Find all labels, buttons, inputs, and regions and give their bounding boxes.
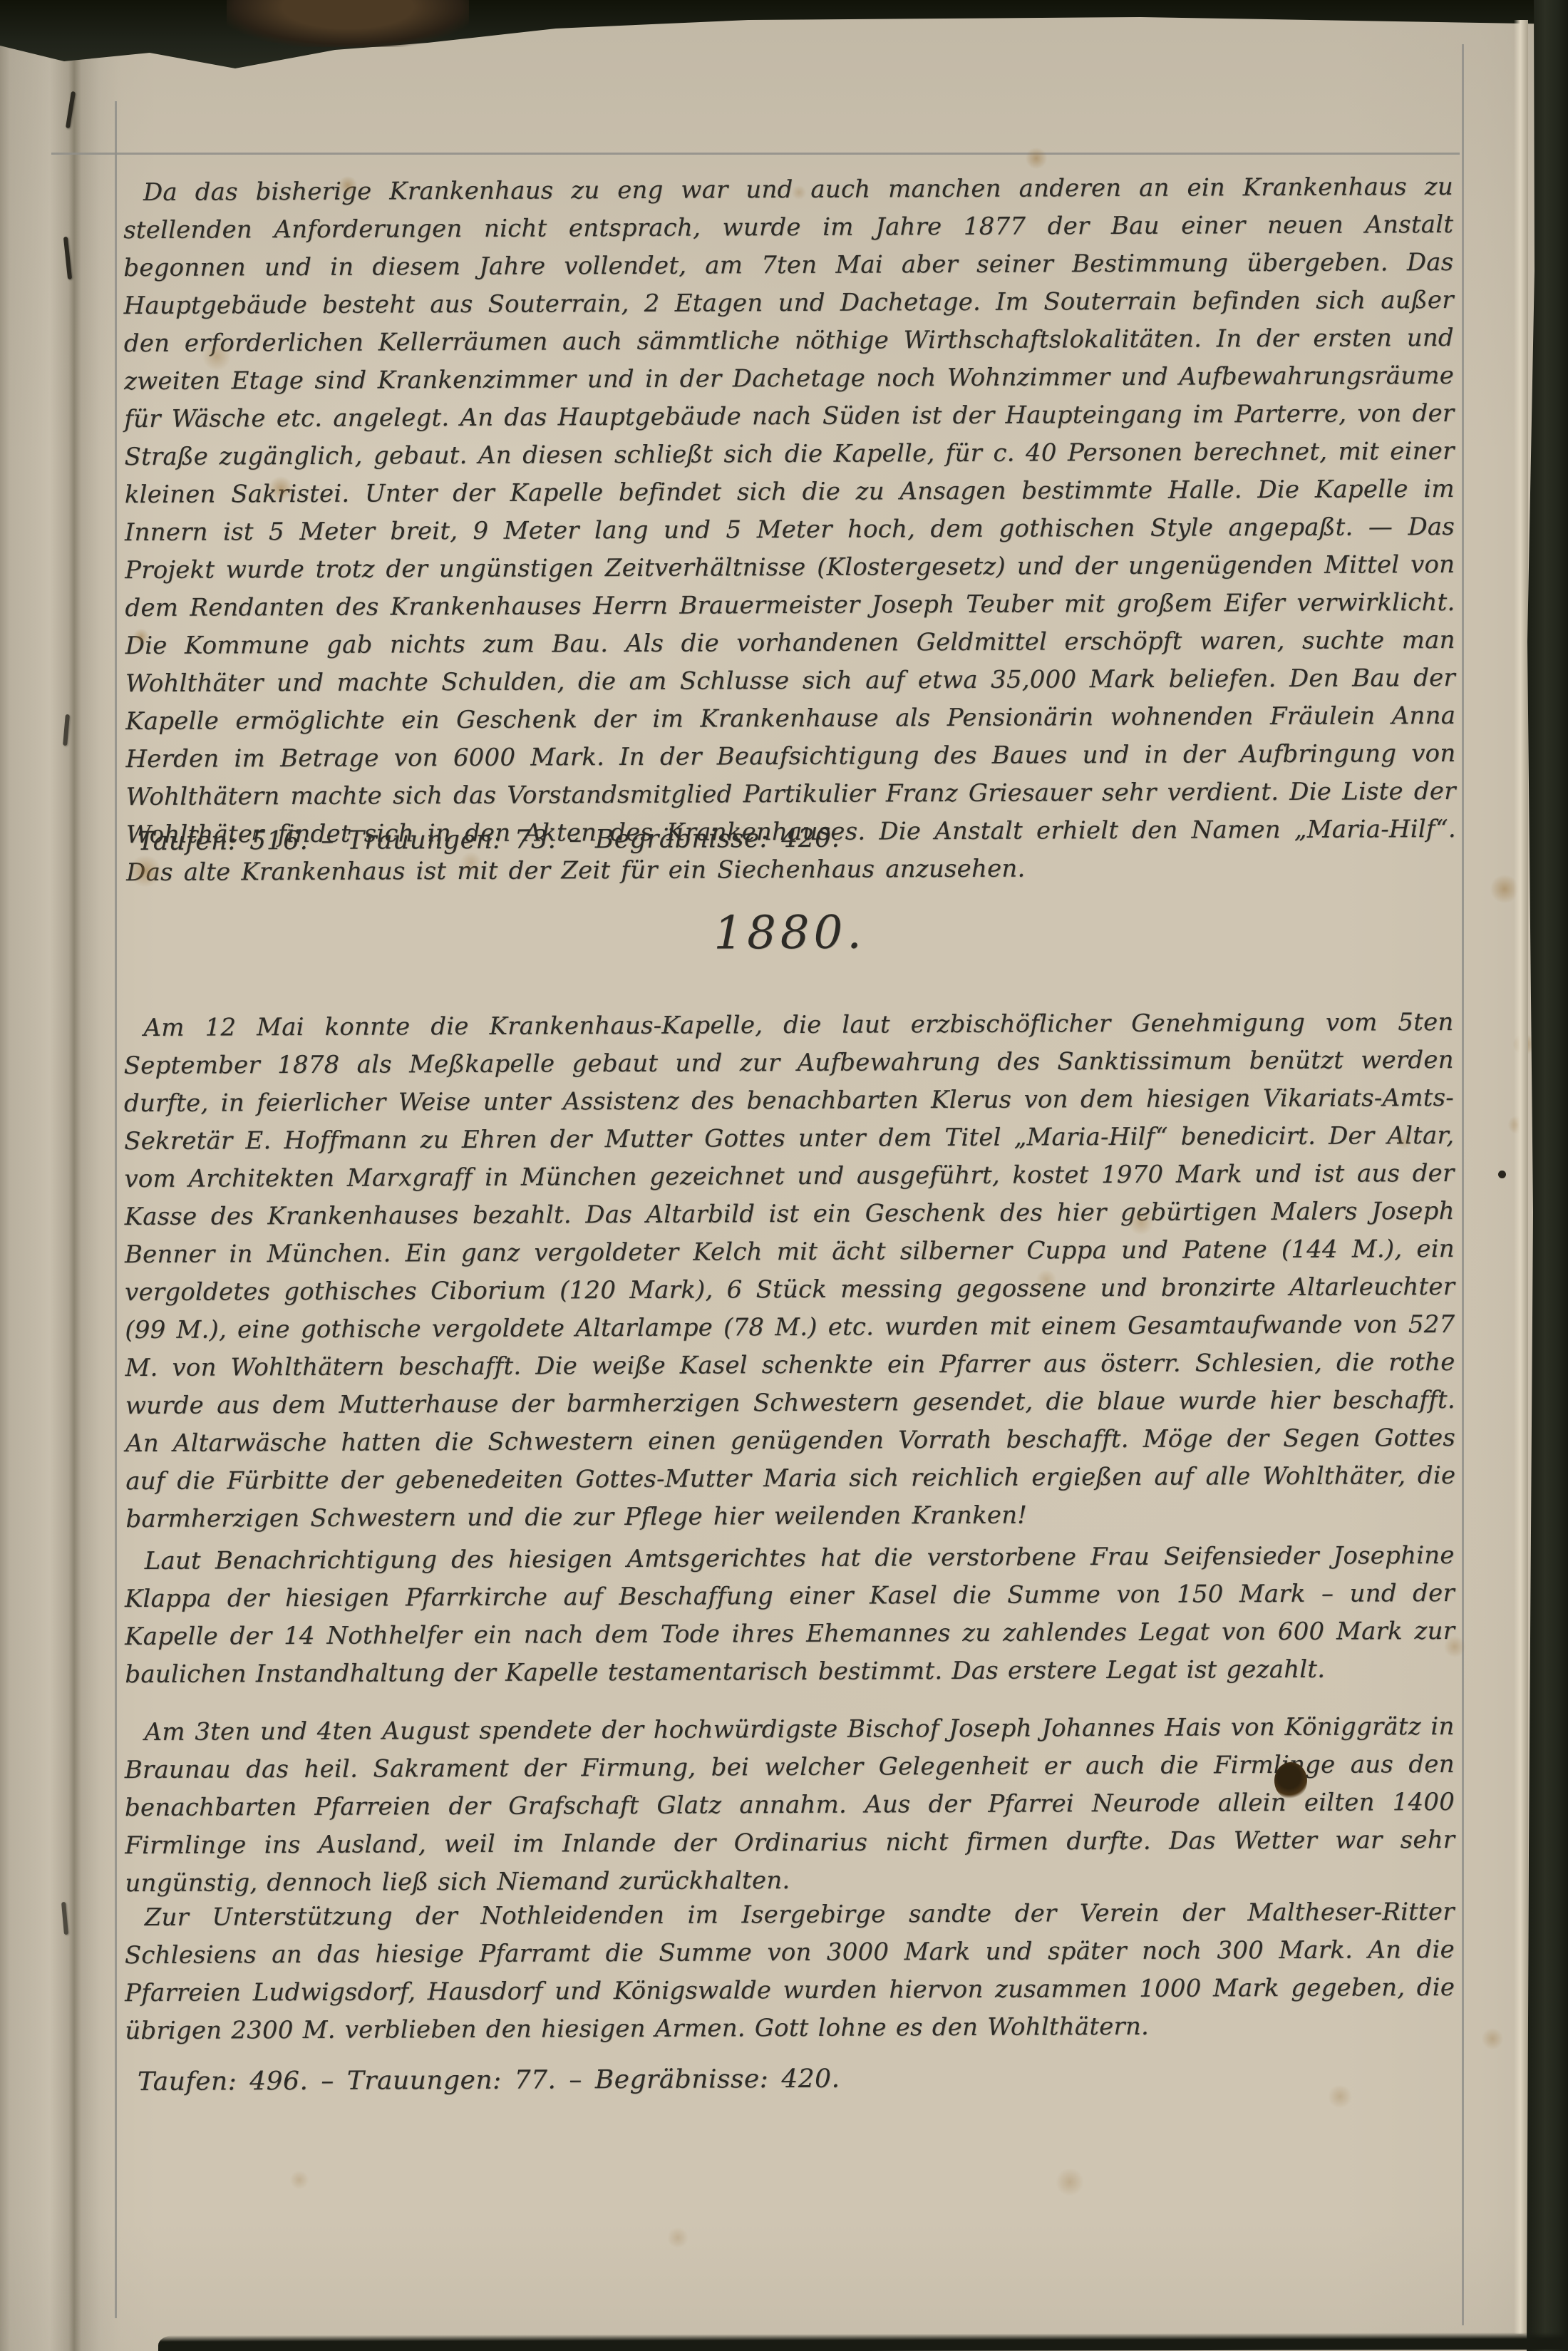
stats-line-1879: Taufen: 516. – Trauungen: 73. – Begräbni… [125, 817, 1455, 860]
foxing-stain [1327, 2085, 1353, 2108]
torn-leather-corner [227, 0, 469, 47]
margin-line-top [51, 153, 1460, 155]
foxing-stain [1481, 2028, 1504, 2049]
foxing-stain [460, 852, 483, 873]
foxing-stain [1396, 1133, 1413, 1149]
ink-blot-stain [1274, 1762, 1307, 1799]
foxing-stain [1036, 1270, 1057, 1290]
foxing-stain [289, 2171, 309, 2189]
paragraph-1880-legate: Laut Benachrichtigung des hiesigen Amtsg… [125, 1537, 1455, 1694]
page-stack-edge [1514, 20, 1528, 2334]
foxing-stain [1025, 148, 1048, 169]
margin-line-left [115, 101, 117, 2318]
paragraph-1879-krankenhaus: Da das bisherige Krankenhaus zu eng war … [123, 168, 1456, 892]
paragraph-1880-kapelle: Am 12 Mai konnte die Krankenhaus-Kapelle… [123, 1004, 1455, 1538]
foxing-stain [202, 342, 232, 371]
foxing-stain [1055, 2169, 1085, 2196]
foxing-stain [268, 476, 294, 500]
ink-dot [1498, 1171, 1506, 1178]
book-cover-edge-bottom [158, 2332, 1568, 2351]
foxing-stain [1443, 1636, 1466, 1657]
foxing-stain [338, 176, 358, 195]
year-heading-1880: 1880. [125, 904, 1455, 962]
foxing-stain [133, 629, 150, 644]
paragraph-1880-firmung: Am 3ten und 4ten August spendete der hoc… [124, 1708, 1455, 1903]
foxing-stain [666, 2228, 689, 2248]
book-scan: Da das bisherige Krankenhaus zu eng war … [0, 0, 1568, 2351]
foxing-stain [791, 185, 807, 200]
foxing-stain [128, 855, 163, 887]
stats-line-1880: Taufen: 496. – Trauungen: 77. – Begräbni… [125, 2057, 1455, 2101]
margin-line-right [1462, 44, 1464, 2325]
foxing-stain [1128, 1210, 1155, 1235]
paragraph-1880-unterstuetzung: Zur Unterstützung der Nothleidenden im I… [125, 1893, 1455, 2050]
